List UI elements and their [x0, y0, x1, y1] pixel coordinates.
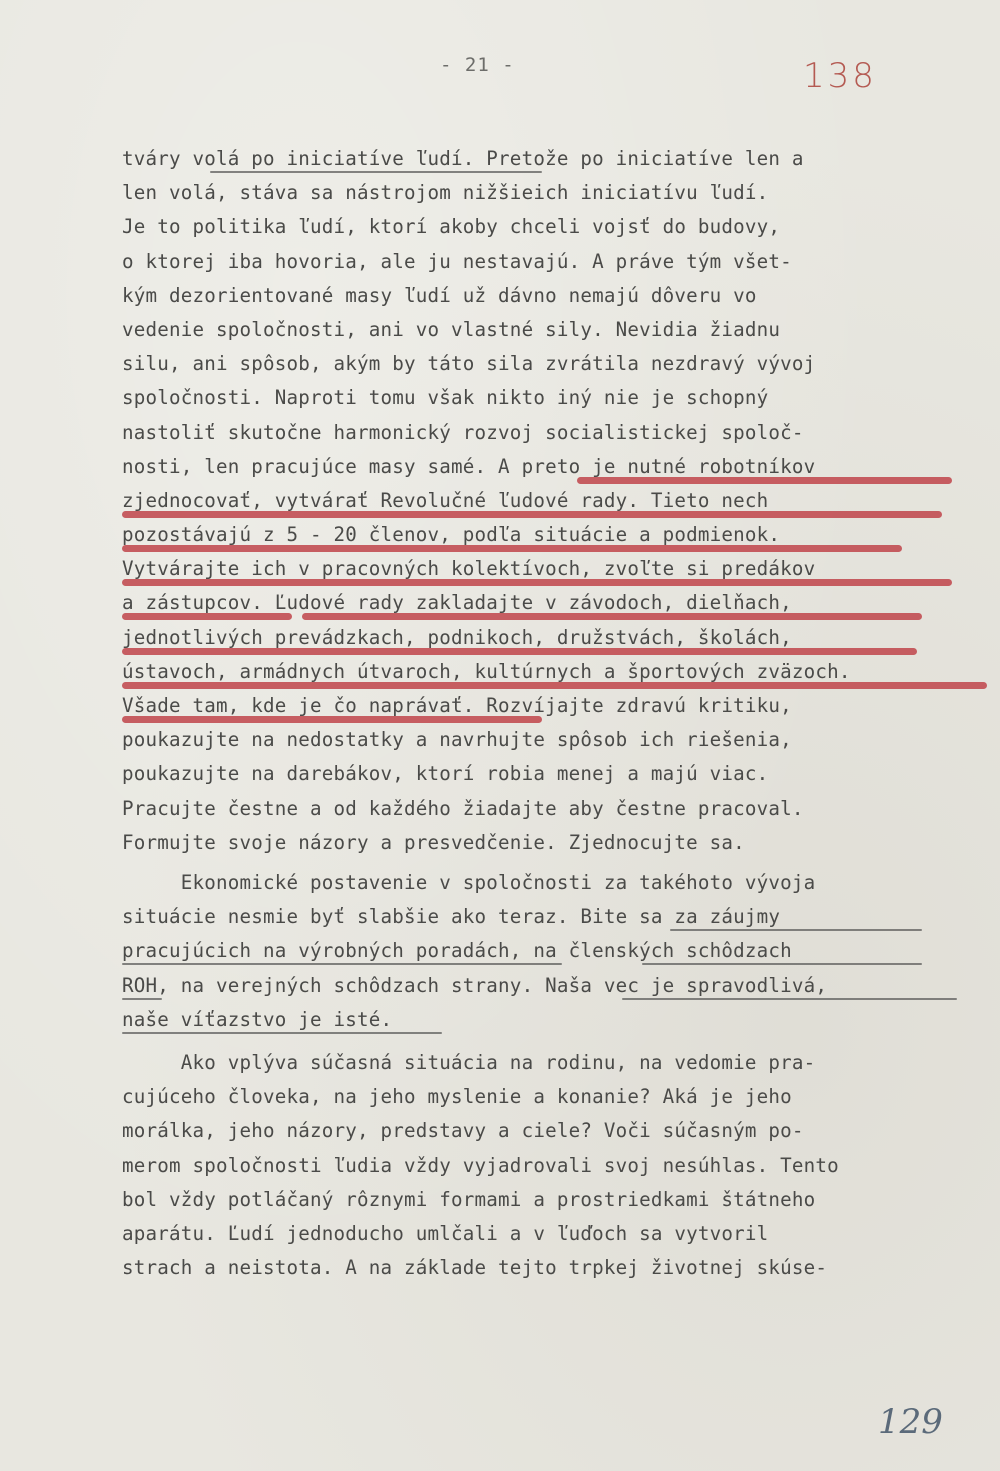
text-line: Vytvárajte ich v pracovných kolektívoch,…: [122, 552, 962, 586]
text-line: Je to politika ľudí, ktorí akoby chceli …: [122, 210, 962, 244]
pen-underline: [122, 1032, 442, 1034]
text-line: bol vždy potláčaný rôznymi formami a pro…: [122, 1183, 962, 1217]
text-line: kým dezorientované masy ľudí už dávno ne…: [122, 279, 962, 313]
pen-underline: [210, 171, 542, 173]
text-line: pracujúcich na výrobných poradách, na čl…: [122, 934, 962, 968]
text-line: a zástupcov. Ľudové rady zakladajte v zá…: [122, 586, 962, 620]
text-line: Pracujte čestne a od každého žiadajte ab…: [122, 792, 962, 826]
pen-underline: [122, 998, 162, 1000]
pen-underline: [122, 963, 562, 965]
text-line: situácie nesmie byť slabšie ako teraz. B…: [122, 900, 962, 934]
text-line: nosti, len pracujúce masy samé. A preto …: [122, 450, 962, 484]
red-marker-underline: [122, 716, 542, 723]
text-line: ROH, na verejných schôdzach strany. Naša…: [122, 969, 962, 1003]
pen-underline: [670, 929, 922, 931]
text-line: zjednocovať, vytvárať Revolučné ľudové r…: [122, 484, 962, 518]
text-line: cujúceho človeka, na jeho myslenie a kon…: [122, 1080, 962, 1114]
text-line: o ktorej iba hovoria, ale ju nestavajú. …: [122, 245, 962, 279]
text-line: silu, ani spôsob, akým by táto sila zvrá…: [122, 347, 962, 381]
paragraph-3: Ako vplýva súčasná situácia na rodinu, n…: [122, 1046, 962, 1285]
text-line: ústavoch, armádnych útvaroch, kultúrnych…: [122, 655, 962, 689]
text-line: Ekonomické postavenie v spoločnosti za t…: [122, 866, 962, 900]
text-line: strach a neistota. A na základe tejto tr…: [122, 1251, 962, 1285]
text-line: vedenie spoločnosti, ani vo vlastné sily…: [122, 313, 962, 347]
red-marker-underline: [577, 477, 952, 484]
paragraph-1: tváry volá po iniciatíve ľudí. Pretože p…: [122, 142, 962, 860]
text-line: spoločnosti. Naproti tomu však nikto iný…: [122, 381, 962, 415]
handwritten-folio-number: 129: [878, 1402, 943, 1442]
red-marker-underline: [122, 579, 952, 586]
text-line: merom spoločnosti ľudia vždy vyjadrovali…: [122, 1149, 962, 1183]
text-line: pozostávajú z 5 - 20 členov, podľa situá…: [122, 518, 962, 552]
page-number: - 21 -: [440, 54, 515, 76]
red-marker-underline: [122, 682, 987, 689]
red-marker-underline: [122, 545, 902, 552]
text-line: Všade tam, kde je čo naprávať. Rozvíjajt…: [122, 689, 962, 723]
text-line: poukazujte na nedostatky a navrhujte spô…: [122, 723, 962, 757]
text-line: len volá, stáva sa nástrojom nižšieich i…: [122, 176, 962, 210]
pen-underline: [622, 998, 957, 1000]
text-line: aparátu. Ľudí jednoducho umlčali a v ľuď…: [122, 1217, 962, 1251]
text-line: naše víťazstvo je isté.: [122, 1003, 962, 1037]
archive-stamp-number: 138: [803, 56, 877, 96]
text-line: poukazujte na darebákov, ktorí robia men…: [122, 757, 962, 791]
red-marker-underline: [122, 648, 917, 655]
text-line: tváry volá po iniciatíve ľudí. Pretože p…: [122, 142, 962, 176]
pen-underline: [642, 963, 922, 965]
text-line: morálka, jeho názory, predstavy a ciele?…: [122, 1114, 962, 1148]
text-line: nastoliť skutočne harmonický rozvoj soci…: [122, 416, 962, 450]
text-line: Formujte svoje názory a presvedčenie. Zj…: [122, 826, 962, 860]
red-marker-underline: [122, 511, 942, 518]
red-marker-underline: [122, 613, 292, 620]
text-line: jednotlivých prevádzkach, podnikoch, dru…: [122, 621, 962, 655]
red-marker-underline: [302, 613, 922, 620]
text-line: Ako vplýva súčasná situácia na rodinu, n…: [122, 1046, 962, 1080]
paragraph-2: Ekonomické postavenie v spoločnosti za t…: [122, 866, 962, 1037]
